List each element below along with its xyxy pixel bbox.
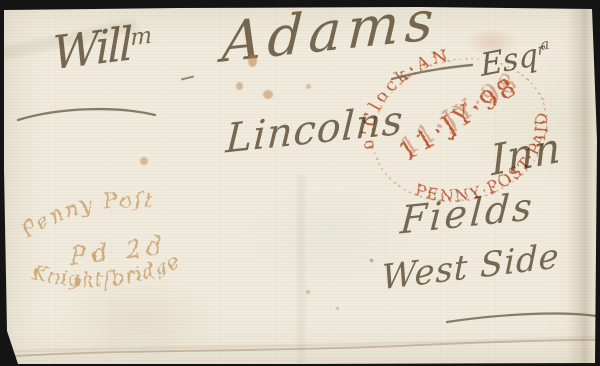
- photo-frame: Penny Poſt Pd 2d Knightſbridge: [0, 0, 600, 366]
- foxing-spot: [140, 157, 148, 165]
- fold-shadow-center: [294, 175, 308, 366]
- foxing-spot: [248, 54, 257, 67]
- receiving-house-stamp: Penny Poſt Pd 2d Knightſbridge: [6, 172, 248, 324]
- foxing-spot: [336, 307, 339, 310]
- foxing-spot: [263, 90, 273, 99]
- foxing-spot: [236, 82, 243, 90]
- letter-paper: Penny Poſt Pd 2d Knightſbridge: [0, 0, 600, 366]
- recipient-prefix: Will: [52, 16, 131, 80]
- recipient-prefix-superscript: m: [130, 23, 149, 51]
- foxing-spot: [306, 84, 311, 89]
- foxing-spot: [370, 259, 373, 262]
- foxing-spot: [306, 290, 310, 294]
